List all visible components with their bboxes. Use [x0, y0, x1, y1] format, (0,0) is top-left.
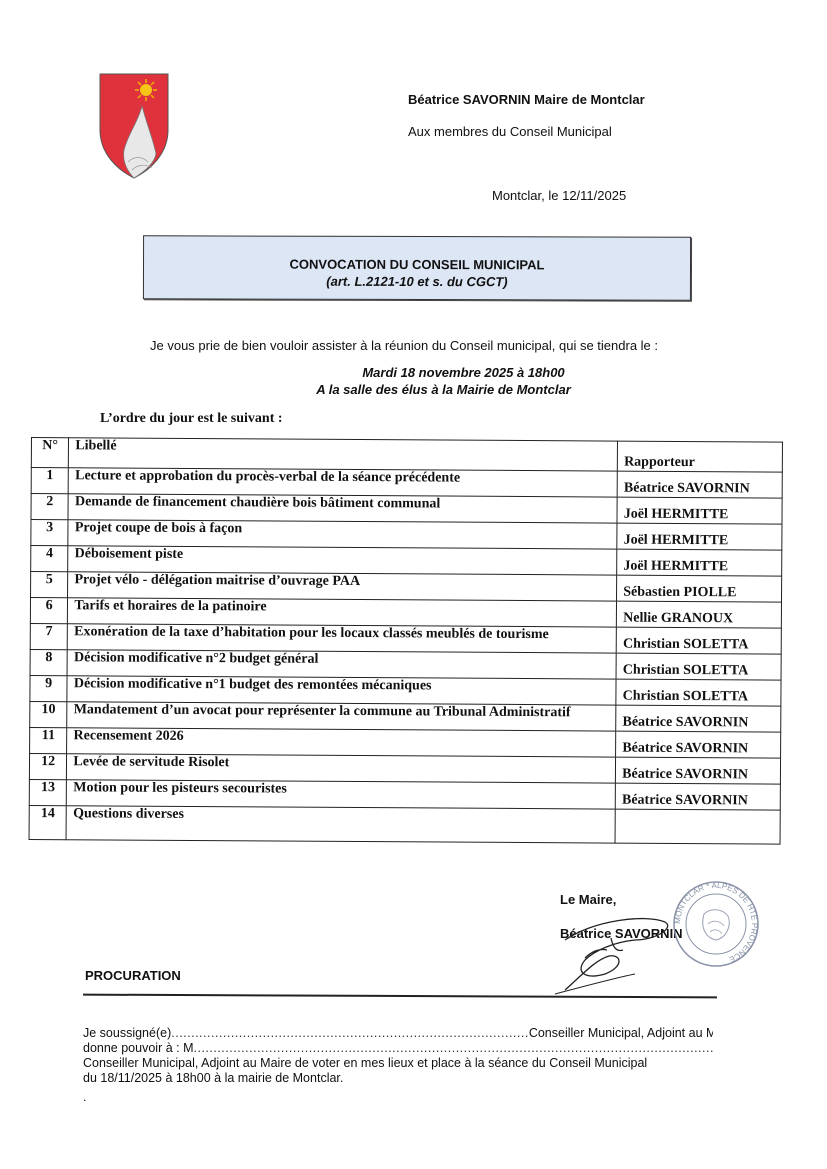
row-number: 13 — [29, 779, 67, 805]
agenda-title: L’ordre du jour est le suivant : — [100, 411, 283, 427]
procuration-title: PROCURATION — [85, 968, 181, 983]
row-label: Tarifs et horaires de la patinoire — [68, 598, 617, 627]
intro-text: Je vous prie de bien vouloir assister à … — [150, 338, 658, 353]
row-label: Lecture et approbation du procès-verbal … — [69, 468, 618, 497]
row-label: Décision modificative n°2 budget général — [67, 650, 616, 679]
row-rapporteur: Nellie GRANOUX — [617, 601, 782, 628]
row-rapporteur: Joël HERMITTE — [617, 523, 782, 550]
row-label: Mandatement d’un avocat pour représenter… — [67, 702, 616, 731]
row-number: 10 — [30, 701, 68, 727]
undersigned-label: Je soussigné(e) — [83, 1026, 171, 1040]
recipients: Aux membres du Conseil Municipal — [408, 124, 612, 139]
row-rapporteur: Béatrice SAVORNIN — [617, 471, 782, 498]
agenda-table: N° Libellé Rapporteur 1Lecture et approb… — [29, 437, 783, 845]
procuration-line-3: Conseiller Municipal, Adjoint au Maire d… — [83, 1056, 713, 1071]
row-label: Demande de financement chaudière bois bâ… — [68, 494, 617, 523]
handwritten-signature — [525, 900, 685, 996]
row-label: Projet coupe de bois à façon — [68, 520, 617, 549]
undersigned-blank-field[interactable]: ........................................… — [171, 1026, 529, 1040]
convocation-title-box: CONVOCATION DU CONSEIL MUNICIPAL (art. L… — [143, 235, 691, 300]
row-number: 3 — [31, 520, 69, 546]
row-rapporteur: Joël HERMITTE — [617, 497, 782, 524]
column-header-label: Libellé — [69, 438, 618, 471]
role-label: Conseiller Municipal, Adjoint au Maire — [529, 1026, 713, 1040]
row-label: Levée de servitude Risolet — [67, 754, 616, 783]
official-stamp: MONTCLAR * ALPES DE HTE PROVENCE — [672, 880, 760, 968]
row-rapporteur: Béatrice SAVORNIN — [616, 731, 781, 758]
column-header-number: N° — [31, 438, 69, 468]
row-label: Questions diverses — [66, 806, 615, 843]
row-number: 14 — [29, 805, 67, 839]
table-row: 14Questions diverses — [29, 805, 780, 844]
coat-of-arms-logo — [98, 72, 170, 180]
meeting-details: Mardi 18 novembre 2025 à 18h00 A la sall… — [0, 364, 827, 398]
row-number: 1 — [31, 468, 69, 494]
procuration-line-2: donne pouvoir à : M.....................… — [83, 1041, 713, 1056]
meeting-location: A la salle des élus à la Mairie de Montc… — [0, 381, 827, 398]
document-subtitle: (art. L.2121-10 et s. du CGCT) — [144, 273, 690, 289]
procuration-form: Je soussigné(e).........................… — [83, 1026, 713, 1086]
row-label: Projet vélo - délégation maitrise d’ouvr… — [68, 572, 617, 601]
sender-name: Béatrice SAVORNIN Maire de Montclar — [408, 92, 645, 107]
procuration-line-4: du 18/11/2025 à 18h00 à la mairie de Mon… — [83, 1071, 713, 1086]
trailing-mark: . — [83, 1090, 86, 1104]
row-number: 6 — [30, 598, 68, 624]
row-rapporteur: Béatrice SAVORNIN — [616, 757, 781, 784]
row-rapporteur: Christian SOLETTA — [616, 679, 781, 706]
row-rapporteur: Christian SOLETTA — [616, 653, 781, 680]
row-label: Motion pour les pisteurs secouristes — [67, 780, 616, 809]
place-date: Montclar, le 12/11/2025 — [492, 188, 626, 203]
row-number: 8 — [30, 649, 68, 675]
proxy-blank-field[interactable]: ........................................… — [194, 1041, 714, 1055]
row-rapporteur: Béatrice SAVORNIN — [615, 783, 780, 810]
row-label: Décision modificative n°1 budget des rem… — [67, 676, 616, 705]
row-number: 5 — [31, 572, 69, 598]
row-rapporteur: Sébastien PIOLLE — [617, 575, 782, 602]
row-rapporteur: Béatrice SAVORNIN — [616, 705, 781, 732]
row-label: Recensement 2026 — [67, 728, 616, 757]
row-rapporteur: Joël HERMITTE — [617, 549, 782, 576]
proxy-label: donne pouvoir à : M — [83, 1041, 194, 1055]
row-rapporteur: Christian SOLETTA — [616, 627, 781, 654]
row-number: 7 — [30, 623, 68, 649]
row-number: 9 — [30, 675, 68, 701]
procuration-line-1: Je soussigné(e).........................… — [83, 1026, 713, 1041]
row-number: 2 — [31, 494, 69, 520]
row-label: Exonération de la taxe d’habitation pour… — [68, 624, 617, 653]
row-number: 11 — [30, 727, 68, 753]
row-rapporteur — [615, 809, 780, 844]
table-header-row: N° Libellé Rapporteur — [31, 438, 782, 473]
row-number: 4 — [31, 546, 69, 572]
column-header-rapporteur: Rapporteur — [618, 441, 783, 472]
row-number: 12 — [29, 753, 67, 779]
row-label: Déboisement piste — [68, 546, 617, 575]
agenda-rows: 1Lecture et approbation du procès-verbal… — [29, 468, 782, 845]
meeting-date: Mardi 18 novembre 2025 à 18h00 — [0, 364, 827, 381]
document-title: CONVOCATION DU CONSEIL MUNICIPAL — [144, 256, 690, 272]
